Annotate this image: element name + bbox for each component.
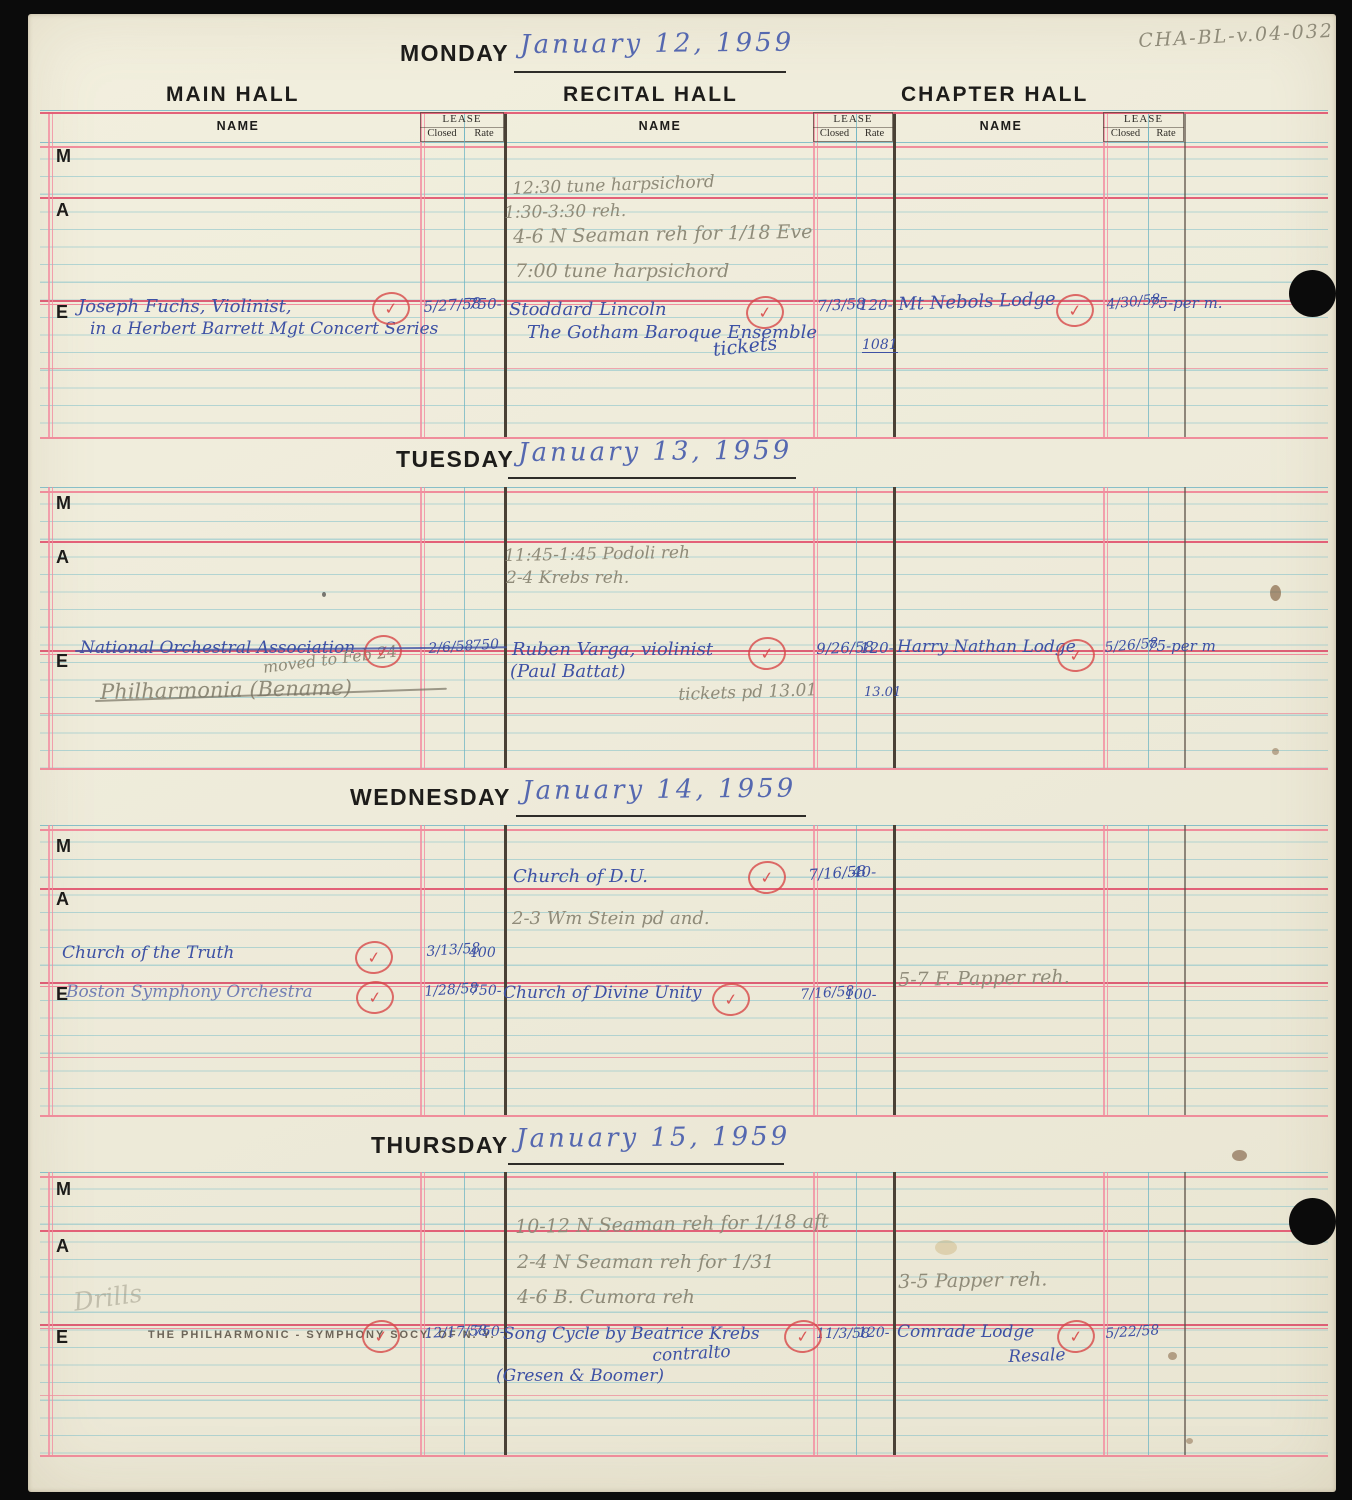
v-rule-lease-left-2 — [1107, 487, 1108, 768]
handwritten-entry: 120- — [858, 1326, 889, 1340]
day-title-underline — [508, 477, 796, 479]
hall-title: RECITAL HALL — [563, 84, 738, 105]
handwritten-entry: Harry Nathan Lodge — [897, 639, 1076, 656]
v-rule-lease-left-1 — [1103, 112, 1105, 437]
lease-header-label: LEASE — [1103, 114, 1184, 125]
v-rule-lease-left-1 — [1103, 1172, 1105, 1455]
v-rule-hall-divider — [504, 112, 507, 437]
v-rule-left-margin-1 — [48, 1172, 50, 1455]
day-title-underline — [508, 1163, 784, 1165]
day-title: TUESDAY — [396, 448, 514, 471]
v-rule-hall-divider — [504, 825, 507, 1115]
v-rule-left-margin-1 — [48, 825, 50, 1115]
v-rule-left-margin-2 — [52, 825, 53, 1115]
handwritten-entry: tickets pd 13.01 — [678, 682, 817, 704]
h-rule-pink-top — [40, 829, 1328, 831]
v-rule-closed-rate — [464, 487, 465, 768]
v-rule-lease-left-2 — [424, 825, 425, 1115]
hole-punch — [1289, 270, 1336, 317]
v-rule-hall-divider — [893, 487, 896, 768]
v-rule-right-edge — [1184, 487, 1186, 768]
h-rule-mid-evening — [40, 368, 1328, 369]
row-label-a: A — [56, 1237, 69, 1255]
hole-punch — [1289, 1198, 1336, 1245]
hall-title: CHAPTER HALL — [901, 84, 1088, 105]
v-rule-left-margin-2 — [52, 112, 53, 437]
name-column-header: NAME — [620, 120, 700, 133]
handwritten-entry: contralto — [652, 1344, 731, 1365]
stain — [322, 592, 326, 597]
row-label-m: M — [56, 494, 71, 512]
handwritten-entry: 75-per m — [1147, 639, 1216, 654]
day-title-underline — [516, 815, 806, 817]
handwritten-entry: 3-5 Papper reh. — [898, 1270, 1048, 1292]
handwritten-entry: 10-12 N Seaman reh for 1/18 aft — [515, 1213, 829, 1237]
day-date-handwritten: January 13, 1959 — [518, 438, 792, 466]
h-rule-cyan-top — [40, 487, 1328, 488]
handwritten-entry: 1:30-3:30 reh. — [504, 203, 626, 222]
handwritten-entry: (Paul Battat) — [510, 663, 626, 681]
handwritten-entry: 120- — [860, 641, 894, 656]
handwritten-entry: 2-4 N Seaman reh for 1/31 — [517, 1253, 774, 1272]
v-rule-lease-left-2 — [424, 487, 425, 768]
lease-header-label: LEASE — [420, 114, 504, 125]
v-rule-lease-left-1 — [420, 825, 422, 1115]
row-label-e: E — [56, 1328, 68, 1346]
v-rule-lease-left-1 — [813, 487, 815, 768]
v-rule-hall-divider — [893, 112, 896, 437]
handwritten-entry: Comrade Lodge — [897, 1324, 1034, 1341]
name-column-header: NAME — [961, 120, 1041, 133]
handwritten-entry: Stoddard Lincoln — [509, 301, 667, 319]
handwritten-entry: 100- — [845, 988, 876, 1002]
v-rule-lease-left-2 — [424, 112, 425, 437]
handwritten-entry: 5/22/58 — [1105, 1323, 1160, 1341]
handwritten-entry: 2-4 Krebs reh. — [506, 570, 629, 587]
v-rule-lease-left-1 — [1103, 825, 1105, 1115]
stain — [1270, 585, 1281, 601]
handwritten-entry: 400 — [469, 946, 496, 960]
day-title-underline — [514, 71, 786, 73]
handwritten-entry: Song Cycle by Beatrice Krebs — [503, 1326, 760, 1343]
v-rule-closed-rate — [1148, 112, 1149, 437]
h-rule-mid-evening — [40, 1057, 1328, 1058]
v-rule-lease-left-2 — [1107, 825, 1108, 1115]
row-label-e: E — [56, 652, 68, 670]
h-rule-mid-evening — [40, 1395, 1328, 1396]
ruling — [40, 825, 1328, 1115]
closed-column-header: Closed — [813, 129, 856, 140]
v-rule-closed-rate — [1148, 1172, 1149, 1455]
rate-column-header: Rate — [1148, 129, 1184, 140]
handwritten-entry: (Gresen & Boomer) — [496, 1368, 664, 1385]
h-rule-morning-afternoon — [40, 197, 1328, 199]
day-title: MONDAY — [400, 42, 509, 65]
row-label-a: A — [56, 201, 69, 219]
row-label-a: A — [56, 548, 69, 566]
stain — [1186, 1438, 1193, 1444]
handwritten-entry: 120- — [859, 298, 893, 313]
v-rule-right-edge — [1184, 112, 1186, 437]
handwritten-entry: 13.01 — [864, 686, 901, 699]
handwritten-entry: Church of D.U. — [513, 868, 648, 886]
handwritten-entry: Ruben Varga, violinist — [512, 641, 713, 659]
h-rule-cyan-top — [40, 825, 1328, 826]
handwritten-entry: 11:45-1:45 Podoli reh — [504, 545, 690, 565]
h-rule-bottom — [40, 1115, 1328, 1117]
rate-column-header: Rate — [856, 129, 893, 140]
handwritten-entry: 750- — [470, 984, 501, 998]
handwritten-entry: Joseph Fuchs, Violinist, — [78, 298, 292, 316]
v-rule-right-edge — [1184, 1172, 1186, 1455]
v-rule-lease-left-1 — [813, 112, 815, 437]
day-title: WEDNESDAY — [350, 786, 511, 809]
v-rule-closed-rate — [464, 825, 465, 1115]
handwritten-entry: 750- — [473, 1325, 504, 1339]
handwritten-entry: 4-6 B. Cumora reh — [517, 1288, 695, 1307]
row-label-e: E — [56, 303, 68, 321]
v-rule-closed-rate — [464, 1172, 465, 1455]
rate-column-header: Rate — [464, 129, 504, 140]
stain — [1272, 748, 1279, 755]
handwritten-entry: 4-6 N Seaman reh for 1/18 Eve — [513, 223, 813, 247]
v-rule-lease-left-2 — [1107, 112, 1108, 437]
v-rule-lease-left-2 — [817, 487, 818, 768]
v-rule-lease-left-2 — [817, 112, 818, 437]
v-rule-hall-divider — [893, 1172, 896, 1455]
v-rule-closed-rate — [856, 1172, 857, 1455]
h-rule-bottom — [40, 1455, 1328, 1457]
h-rule-cyan-top — [40, 142, 1328, 143]
h-rule-morning-afternoon — [40, 888, 1328, 890]
h-rule-bottom — [40, 768, 1328, 770]
handwritten-entry: 7:00 tune harpsichord — [515, 262, 729, 281]
handwritten-entry: Boston Symphony Orchestra — [66, 984, 313, 1001]
closed-column-header: Closed — [420, 129, 464, 140]
day-title: THURSDAY — [371, 1134, 509, 1157]
hall-title: MAIN HALL — [166, 84, 299, 105]
row-label-m: M — [56, 1180, 71, 1198]
row-label-m: M — [56, 837, 71, 855]
v-rule-lease-left-2 — [424, 1172, 425, 1455]
handwritten-entry: 750- — [468, 297, 502, 312]
h-rule-cyan-top — [40, 1172, 1328, 1173]
v-rule-lease-left-1 — [420, 1172, 422, 1455]
v-rule-closed-rate — [1148, 825, 1149, 1115]
h-rule-pink-top — [40, 146, 1328, 148]
handwritten-entry: 40- — [852, 865, 876, 880]
v-rule-closed-rate — [856, 112, 857, 437]
v-rule-closed-rate — [464, 112, 465, 437]
v-rule-lease-left-1 — [1103, 487, 1105, 768]
stain — [935, 1240, 957, 1255]
row-label-a: A — [56, 890, 69, 908]
h-rule-pink-top — [40, 491, 1328, 493]
table-header-cyan — [40, 110, 1328, 111]
ruling — [40, 487, 1328, 768]
v-rule-lease-left-1 — [420, 112, 422, 437]
v-rule-hall-divider — [504, 1172, 507, 1455]
v-rule-lease-left-1 — [420, 487, 422, 768]
v-rule-hall-divider — [893, 825, 896, 1115]
handwritten-entry: Church of Divine Unity — [503, 985, 702, 1002]
day-date-handwritten: January 14, 1959 — [522, 776, 796, 804]
row-label-m: M — [56, 147, 71, 165]
handwritten-entry: 75-per m. — [1149, 296, 1223, 311]
scanned-ledger-page: CHA-BL-v.04-032 MAEMONDAYJanuary 12, 195… — [0, 0, 1352, 1500]
day-date-handwritten: January 12, 1959 — [520, 30, 794, 58]
v-rule-right-edge — [1184, 825, 1186, 1115]
v-rule-left-margin-2 — [52, 1172, 53, 1455]
name-column-header: NAME — [198, 120, 278, 133]
handwritten-entry: 5-7 F. Papper reh. — [898, 968, 1070, 990]
stain — [1232, 1150, 1247, 1161]
handwritten-entry: 2-3 Wm Stein pd and. — [512, 910, 710, 928]
lease-header-label: LEASE — [813, 114, 893, 125]
handwritten-entry: 750 — [472, 638, 499, 653]
v-rule-lease-left-2 — [1107, 1172, 1108, 1455]
v-rule-hall-divider — [504, 487, 507, 768]
closed-column-header: Closed — [1103, 129, 1148, 140]
h-rule-mid-evening — [40, 713, 1328, 714]
h-rule-pink-top — [40, 1176, 1328, 1178]
v-rule-left-margin-2 — [52, 487, 53, 768]
handwritten-entry: Resale — [1008, 1347, 1066, 1366]
handwritten-entry: 1081 — [862, 338, 898, 353]
v-rule-left-margin-1 — [48, 487, 50, 768]
stain — [1168, 1352, 1177, 1360]
v-rule-closed-rate — [1148, 487, 1149, 768]
v-rule-left-margin-1 — [48, 112, 50, 437]
v-rule-closed-rate — [856, 487, 857, 768]
day-date-handwritten: January 15, 1959 — [516, 1124, 790, 1152]
handwritten-entry: Church of the Truth — [62, 945, 234, 962]
